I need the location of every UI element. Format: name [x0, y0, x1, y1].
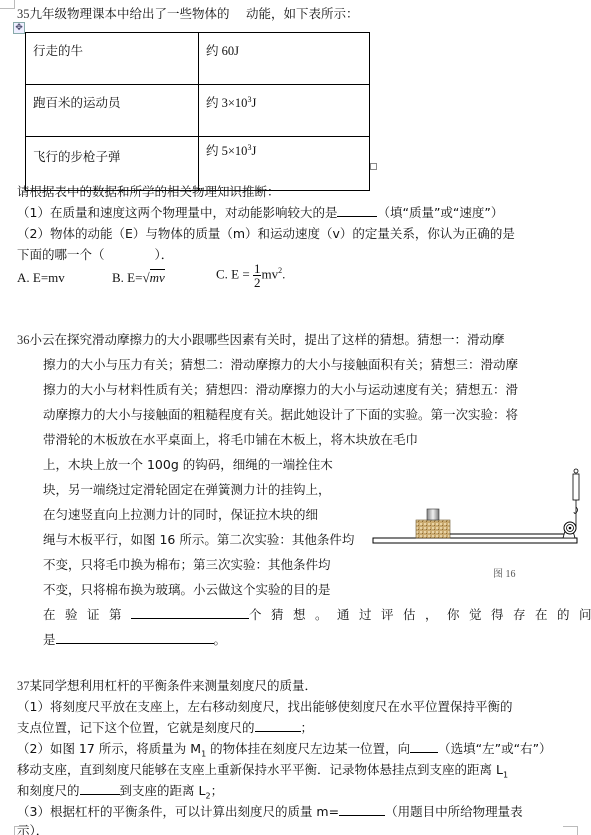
answer-blank[interactable] [337, 204, 377, 217]
q36-line-0: 36小云在探究滑动摩擦力的大小跟哪些因素有关时，提出了这样的猜想。猜想一：滑动摩 [17, 330, 505, 348]
scale-ring [574, 469, 578, 473]
kinetic-energy-table: 行走的牛 约 60J 跑百米的运动员 约 3×103J 飞行的步枪子弹 约 5×… [25, 32, 370, 191]
q36-line-3: 动摩擦力的大小与接触面的粗糙程度有关。据此她设计了下面的实验。第一次实验：将 [43, 405, 518, 423]
q35-options: A. E=mv B. E=√mv C. E = 12mv2. [17, 270, 65, 286]
q36-line-7: 在匀速竖直向上拉测力计的同时，保证拉木块的细 [43, 505, 318, 523]
question-number: 35 [17, 7, 30, 21]
table-cell-object: 跑百米的运动员 [26, 85, 199, 137]
q36-line-10: 不变，只将棉布换为玻璃。小云做这个实验的目的是 [43, 580, 331, 598]
q36-line-9: 不变，只将毛巾换为棉布；第三次实验：其他条件均 [43, 555, 331, 573]
q35-title: 35九年级物理课本中给出了一些物体的 动能，如下表所示： [17, 4, 358, 22]
q36-line-8: 绳与木板平行，如图 16 所示。第二次实验：其他条件均 [43, 530, 354, 548]
q37-part1-line2: 支点位置，记下这个位置，它就是刻度尺的； [17, 718, 313, 736]
q37-part1-line1: （1）将刻度尺平放在支座上，左右移动刻度尺，找出能够使刻度尺在水平位置保持平衡的 [17, 697, 512, 715]
q36-line-1: 擦力的大小与压力有关；猜想二：滑动摩擦力的大小与接触面积有关；猜想三：滑动摩 [43, 355, 518, 373]
q35-title-text: 九年级物理课本中给出了一些物体的 动能，如下表所示： [30, 6, 359, 21]
q35-part2-line1: （2）物体的动能（E）与物体的质量（m）和运动速度（v）的定量关系，你认为正确的… [17, 224, 515, 242]
page-corner-mark [563, 826, 578, 835]
q35-intro: 请根据表中的数据和所学的相关物理知识推断： [17, 182, 280, 200]
table-cell-energy: 约 3×103J [199, 85, 370, 137]
table-cell-energy: 约 60J [199, 33, 370, 85]
option-c: C. E = 12mv2. [216, 262, 285, 289]
answer-blank[interactable] [80, 782, 120, 795]
q36-line-2: 擦力的大小与材料性质有关；猜想四：滑动摩擦力的大小与运动速度有关；猜想五：滑 [43, 380, 518, 398]
page-corner-mark [0, 0, 15, 9]
answer-blank[interactable] [339, 803, 385, 816]
q36-line-6: 块，另一端绕过定滑轮固定在弹簧测力计的挂钩上， [43, 480, 331, 498]
table-cell-object: 行走的牛 [26, 33, 199, 85]
q37-part2-line3: 和刻度尺的到支座的距离 L2； [17, 781, 223, 801]
spring-scale [573, 474, 579, 500]
wooden-block [416, 520, 450, 538]
question-number: 36 [17, 333, 30, 347]
q37-part3-line1: （3）根据杠杆的平衡条件，可以计算出刻度尺的质量 m=（用题目中所给物理量表 [17, 802, 523, 820]
answer-blank[interactable] [56, 631, 214, 644]
figure-16-apparatus [360, 455, 591, 565]
table-move-handle-icon[interactable]: ✥ [13, 22, 25, 34]
q37-part2-line2: 移动支座，直到刻度尺能够在支座上重新保持水平平衡．记录物体悬挂点到支座的距离 L… [17, 760, 508, 780]
q37-part3-line2: 示）． [17, 821, 48, 835]
table-row: 跑百米的运动员 约 3×103J [26, 85, 370, 137]
option-b: B. E=√mv [112, 270, 165, 286]
table-row: 行走的牛 约 60J [26, 33, 370, 85]
q35-part1: （1）在质量和速度这两个物理量中，对动能影响较大的是（填“质量”或“速度”） [17, 203, 503, 221]
q35-part2-line2: 下面的哪一个（ ）． [17, 245, 173, 263]
q37-title: 37某同学想利用杠杆的平衡条件来测量刻度尺的质量． [17, 676, 317, 694]
q36-line-5: 上，木块上放一个 100g 的钩码，细绳的一端拴住木 [43, 455, 333, 473]
answer-blank[interactable] [410, 740, 438, 753]
figure-16-caption: 图 16 [493, 565, 516, 580]
table-resize-handle[interactable] [370, 163, 377, 170]
q36-line-4: 带滑轮的木板放在水平桌面上，将毛巾铺在木板上，将木块放在毛巾 [43, 430, 418, 448]
q36-blank-line: 在验证第个猜想。通过评估，你觉得存在的问题 [43, 605, 591, 623]
question-number: 37 [17, 679, 30, 693]
sqrt-symbol: √ [142, 270, 149, 285]
answer-blank[interactable] [131, 606, 249, 619]
wooden-board [373, 538, 577, 543]
hook-weight [427, 509, 439, 520]
answer-blank[interactable] [255, 719, 301, 732]
q36-last-line: 是。 [43, 630, 226, 648]
option-a: A. E=mv [17, 270, 65, 285]
q37-part2-line1: （2）如图 17 所示，将质量为 M1 的物体挂在刻度尺左边某一位置，向（选填“… [17, 739, 552, 759]
